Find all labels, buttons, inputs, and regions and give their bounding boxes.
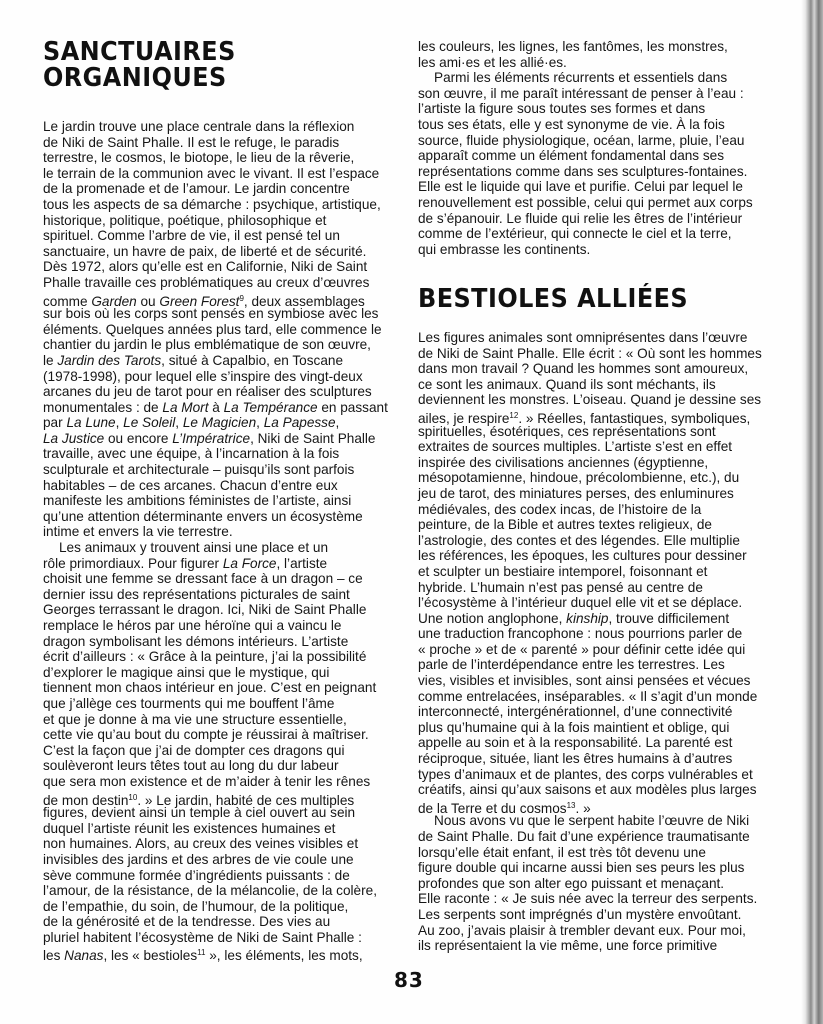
italic-title: La Lune (66, 415, 115, 430)
text-segment: dragon symbolisant les démons intérieurs… (43, 634, 348, 649)
text-line: le terrain de la communion avec le vivan… (43, 166, 388, 182)
text-segment: lorsqu’elle était enfant, il est très tô… (418, 845, 706, 860)
italic-title: Jardin des Tarots (57, 353, 161, 368)
italic-title: kinship (566, 611, 608, 626)
footnote-marker: 10 (128, 793, 137, 802)
italic-title: Le Magicien (183, 415, 256, 430)
text-segment: travaille, avec une équipe, à l’incarnat… (43, 446, 339, 461)
text-segment: parle de l’interdépendance entre les ter… (418, 657, 725, 672)
text-segment: de s’épanouir. Le fluide qui relie les ê… (418, 211, 742, 226)
text-line: une traduction francophone : nous pourri… (418, 626, 762, 642)
text-segment: et que je donne à ma vie une structure e… (43, 712, 347, 727)
text-line: spirituelles, ésotériques, ces représent… (418, 424, 762, 440)
text-line: Nous avons vu que le serpent habite l’œu… (418, 813, 762, 829)
text-line: peinture, de la Bible et autres textes r… (418, 517, 762, 533)
text-line: profondes que son alter ego puissant et … (418, 876, 762, 892)
text-segment: de Saint Phalle. Du fait d’une expérienc… (418, 829, 750, 844)
text-segment: d’explorer le magique ainsi que le mysti… (43, 665, 329, 680)
text-segment: ils représentaient la vie même, une forc… (418, 938, 717, 953)
text-line: terrestre, le cosmos, le biotope, le lie… (43, 150, 388, 166)
text-line: jeu de tarot, des miniatures perses, des… (418, 486, 762, 502)
text-segment: deviennent les monstres. L’oiseau. Quand… (418, 392, 761, 407)
text-line: comme entrelacées, inséparables. « Il s’… (418, 689, 762, 705)
text-line: interconnecté, intergénérationnel, d’une… (418, 704, 762, 720)
text-line: ce sont les animaux. Quand ils sont méch… (418, 377, 762, 393)
text-line: dragon symbolisant les démons intérieurs… (43, 634, 388, 650)
text-segment: figure double qui incarne aussi bien ses… (418, 860, 744, 875)
text-line: représentations comme dans ses sculpture… (418, 164, 753, 180)
book-page: SANCTUAIRES ORGANIQUES Le jardin trouve … (0, 0, 823, 1024)
italic-title: La Force (223, 556, 277, 571)
italic-title: Le Soleil (123, 415, 175, 430)
text-line: Parmi les éléments récurrents et essenti… (418, 70, 753, 86)
text-line: comme Garden ou Green Forest9, deux asse… (43, 291, 388, 307)
text-segment: écrit d’ailleurs : « Grâce à la peinture… (43, 649, 366, 664)
italic-title: La Justice (43, 431, 104, 446)
text-line: sculpturale et architecturale – puisqu’i… (43, 462, 388, 478)
text-segment: Elle raconte : « Je suis née avec la ter… (418, 891, 757, 906)
text-segment: le terrain de la communion avec le vivan… (43, 166, 379, 181)
heading-line: BESTIOLES ALLIÉES (418, 286, 688, 312)
text-segment: comme entrelacées, inséparables. « Il s’… (418, 689, 757, 704)
text-segment: C’est la façon que j’ai de dompter ces d… (43, 743, 345, 758)
text-line: monumentales : de La Mort à La Tempéranc… (43, 400, 388, 416)
text-line: source, fluide physiologique, océan, lar… (418, 133, 753, 149)
text-segment: en passant (318, 400, 388, 415)
text-segment: , Niki de Saint Phalle (250, 431, 375, 446)
text-line: sève commune formée d’ingrédients puissa… (43, 868, 388, 884)
text-segment: terrestre, le cosmos, le biotope, le lie… (43, 150, 354, 165)
body-text-sanctuaires: Le jardin trouve une place centrale dans… (43, 119, 388, 961)
text-line: duquel l’artiste réunit les existences h… (43, 821, 388, 837)
text-line: non humaines. Alors, au creux des veines… (43, 836, 388, 852)
text-segment: tous les aspects de sa démarche : psychi… (43, 197, 381, 212)
text-segment: Georges terrassant le dragon. Ici, Niki … (43, 602, 366, 617)
text-line: chantier du jardin le plus emblématique … (43, 337, 388, 353)
text-line: Le jardin trouve une place centrale dans… (43, 119, 388, 135)
text-segment: , trouve difficilement (608, 611, 729, 626)
text-segment: Elle est le liquide qui lave et purifie.… (418, 179, 743, 194)
text-segment: représentations comme dans ses sculpture… (418, 164, 747, 179)
page-number: 83 (394, 968, 424, 992)
text-segment: intime et envers la vie terrestre. (43, 524, 233, 539)
text-line: par La Lune, Le Soleil, Le Magicien, La … (43, 415, 388, 431)
text-segment: de Niki de Saint Phalle. Elle écrit : « … (418, 346, 762, 361)
text-segment: , situé à Capalbio, en Toscane (161, 353, 343, 368)
text-segment: spirituel. Comme l’arbre de vie, il est … (43, 228, 340, 243)
italic-title: La Tempérance (224, 400, 318, 415)
text-segment: que j’allège ces tourments qui me bouffe… (43, 696, 334, 711)
text-line: Elle est le liquide qui lave et purifie.… (418, 179, 753, 195)
text-segment: de la promenade et de l’amour. Le jardin… (43, 181, 350, 196)
text-segment: cette vie qu’au bout du compte je réussi… (43, 727, 369, 742)
text-segment: invisibles des jardins et des arbres de … (43, 852, 354, 867)
text-segment: éléments. Quelques années plus tard, ell… (43, 322, 382, 337)
text-line: intime et envers la vie terrestre. (43, 524, 388, 540)
text-line: Au zoo, j’avais plaisir à trembler devan… (418, 923, 762, 939)
text-line: créatifs, ainsi qu’aux saisons et aux mo… (418, 782, 762, 798)
text-segment: sève commune formée d’ingrédients puissa… (43, 868, 350, 883)
text-segment: de Niki de Saint Phalle. Il est le refug… (43, 135, 339, 150)
italic-title: L’Impératrice (172, 431, 250, 446)
text-line: Phalle travaille ces problématiques au c… (43, 275, 388, 291)
text-line: l’amour, de la résistance, de la mélanco… (43, 883, 388, 899)
text-segment: réciproque, située, liant les êtres huma… (418, 751, 732, 766)
text-line: « proche » et de « parenté » pour défini… (418, 642, 762, 658)
text-segment: pluriel habitent l’écosystème de Niki de… (43, 930, 362, 945)
text-line: de Niki de Saint Phalle. Elle écrit : « … (418, 346, 762, 362)
italic-title: La Mort (162, 400, 208, 415)
text-line: de la générosité et de la tendresse. Des… (43, 914, 388, 930)
text-segment: appelle au soin et à la responsabilité. … (418, 735, 732, 750)
text-segment: l’amour, de la résistance, de la mélanco… (43, 883, 377, 898)
text-segment: remplace le héros par une héroïne qui a … (43, 618, 342, 633)
text-line: figures, devient ainsi un temple à ciel … (43, 805, 388, 821)
text-segment: les (43, 948, 64, 963)
text-line: plus qu’humaine qui à la fois maintient … (418, 720, 762, 736)
text-line: et sculpter un bestiaire intemporel, foi… (418, 564, 762, 580)
text-line: types d’animaux et de plantes, des corps… (418, 767, 762, 783)
text-line: Georges terrassant le dragon. Ici, Niki … (43, 602, 388, 618)
text-line: et que je donne à ma vie une structure e… (43, 712, 388, 728)
text-segment: jeu de tarot, des miniatures perses, des… (418, 486, 734, 501)
text-line: Les figures animales sont omniprésentes … (418, 330, 762, 346)
text-line: Une notion anglophone, kinship, trouve d… (418, 611, 762, 627)
text-line: vies, visibles et invisibles, sont ainsi… (418, 673, 762, 689)
text-line: de Saint Phalle. Du fait d’une expérienc… (418, 829, 762, 845)
text-line: les références, les époques, les culture… (418, 548, 762, 564)
text-line: l’astrologie, des contes et des légendes… (418, 533, 762, 549)
italic-title: Nanas (64, 948, 103, 963)
text-line: réciproque, située, liant les êtres huma… (418, 751, 762, 767)
text-segment: médiévales, des codex incas, de l’histoi… (418, 502, 701, 517)
text-segment: historique, politique, poétique, philoso… (43, 213, 326, 228)
text-segment: Au zoo, j’avais plaisir à trembler devan… (418, 923, 746, 938)
text-segment: duquel l’artiste réunit les existences h… (43, 821, 335, 836)
text-segment: (1978-1998), pour lequel elle s’inspire … (43, 369, 363, 384)
text-segment: comme de l’extérieur, qui connecte le ci… (418, 226, 732, 241)
text-segment: Parmi les éléments récurrents et essenti… (434, 70, 727, 85)
text-segment: , (175, 415, 183, 430)
text-segment: choisit une femme se dressant face à un … (43, 571, 363, 586)
text-segment: , l’artiste (276, 556, 327, 571)
text-segment: sanctuaire, un havre de paix, de liberté… (43, 244, 366, 259)
text-line: invisibles des jardins et des arbres de … (43, 852, 388, 868)
text-line: ils représentaient la vie même, une forc… (418, 938, 762, 954)
text-line: historique, politique, poétique, philoso… (43, 213, 388, 229)
text-line: d’explorer le magique ainsi que le mysti… (43, 665, 388, 681)
text-line: tous les aspects de sa démarche : psychi… (43, 197, 388, 213)
text-segment: types d’animaux et de plantes, des corps… (418, 767, 753, 782)
text-segment: de la générosité et de la tendresse. Des… (43, 914, 330, 929)
text-line: mésopotamienne, hindoue, précolombienne,… (418, 470, 762, 486)
section-heading-bestioles: BESTIOLES ALLIÉES (418, 286, 688, 312)
text-segment: à (208, 400, 223, 415)
text-line: choisit une femme se dressant face à un … (43, 571, 388, 587)
text-segment: vies, visibles et invisibles, sont ainsi… (418, 673, 750, 688)
text-line: de mon destin10. » Le jardin, habité de … (43, 790, 388, 806)
text-segment: Le jardin trouve une place centrale dans… (43, 119, 354, 134)
text-line: dernier issu des représentations pictura… (43, 587, 388, 603)
text-line: que sera mon existence et de m’aider à t… (43, 774, 388, 790)
text-segment: que sera mon existence et de m’aider à t… (43, 774, 370, 789)
text-line: habitables – de ces arcanes. Chacun d’en… (43, 478, 388, 494)
text-segment: Les animaux y trouvent ainsi une place e… (59, 540, 328, 555)
text-segment: ou encore (104, 431, 172, 446)
text-segment: sur bois où les corps sont pensés en sym… (43, 306, 378, 321)
text-line: de l’empathie, du soin, de l’humour, de … (43, 899, 388, 915)
text-line: tous ses états, elle y est synonyme de v… (418, 117, 753, 133)
text-line: appelle au soin et à la responsabilité. … (418, 735, 762, 751)
text-line: Les animaux y trouvent ainsi une place e… (43, 540, 388, 556)
text-line: deviennent les monstres. L’oiseau. Quand… (418, 392, 762, 408)
text-line: rôle primordiaux. Pour figurer La Force,… (43, 556, 388, 572)
text-segment: qu’une attention déterminante envers un … (43, 509, 363, 524)
text-segment: figures, devient ainsi un temple à ciel … (43, 805, 355, 820)
text-segment: rôle primordiaux. Pour figurer (43, 556, 223, 571)
text-segment: Nous avons vu que le serpent habite l’œu… (434, 813, 749, 828)
text-line: La Justice ou encore L’Impératrice, Niki… (43, 431, 388, 447)
text-line: remplace le héros par une héroïne qui a … (43, 618, 388, 634)
text-line: C’est la façon que j’ai de dompter ces d… (43, 743, 388, 759)
text-segment: soulèveront leurs têtes tout au long du … (43, 758, 338, 773)
text-line: figure double qui incarne aussi bien ses… (418, 860, 762, 876)
text-line: l’écosystème à l’intérieur duquel elle v… (418, 595, 762, 611)
footnote-marker: 13 (567, 801, 576, 810)
text-line: (1978-1998), pour lequel elle s’inspire … (43, 369, 388, 385)
text-line: qui embrasse les continents. (418, 242, 753, 258)
text-segment: l’astrologie, des contes et des légendes… (418, 533, 740, 548)
italic-title: La Papesse (264, 415, 336, 430)
text-segment: tiennent mon chaos intérieur en joue. C’… (43, 680, 376, 695)
text-segment: Dès 1972, alors qu’elle est en Californi… (43, 259, 367, 274)
text-line: spirituel. Comme l’arbre de vie, il est … (43, 228, 388, 244)
text-segment: , les « bestioles (103, 948, 197, 963)
text-line: ailes, je respire12. » Réelles, fantasti… (418, 408, 762, 424)
text-segment: extraites de sources multiples. L’artist… (418, 439, 732, 454)
text-segment: les références, les époques, les culture… (418, 548, 747, 563)
text-segment: interconnecté, intergénérationnel, d’une… (418, 704, 732, 719)
text-line: médiévales, des codex incas, de l’histoi… (418, 502, 762, 518)
text-line: lorsqu’elle était enfant, il est très tô… (418, 845, 762, 861)
text-segment: monumentales : de (43, 400, 162, 415)
text-line: Dès 1972, alors qu’elle est en Californi… (43, 259, 388, 275)
text-segment: l’artiste la figure sous toutes ses form… (418, 101, 705, 116)
text-segment: Phalle travaille ces problématiques au c… (43, 275, 369, 290)
text-line: de s’épanouir. Le fluide qui relie les ê… (418, 211, 753, 227)
body-text-continuation: les couleurs, les lignes, les fantômes, … (418, 39, 753, 257)
text-line: les Nanas, les « bestioles11 », les élém… (43, 945, 388, 961)
text-line: les couleurs, les lignes, les fantômes, … (418, 39, 753, 55)
body-text-bestioles: Les figures animales sont omniprésentes … (418, 330, 762, 954)
text-segment: Une notion anglophone, (418, 611, 566, 626)
book-binding-edge (801, 0, 823, 1024)
text-segment: , (256, 415, 264, 430)
text-line: travaille, avec une équipe, à l’incarnat… (43, 446, 388, 462)
text-segment: et sculpter un bestiaire intemporel, foi… (418, 564, 707, 579)
text-line: Elle raconte : « Je suis née avec la ter… (418, 891, 762, 907)
text-segment: hybride. L’humain n’est pas pensé au cen… (418, 580, 703, 595)
text-segment: plus qu’humaine qui à la fois maintient … (418, 720, 729, 735)
text-line: les ami·es et les allié·es. (418, 55, 753, 71)
text-line: qu’une attention déterminante envers un … (43, 509, 388, 525)
heading-line: SANCTUAIRES (43, 39, 236, 65)
text-line: que j’allège ces tourments qui me bouffe… (43, 696, 388, 712)
text-segment: le (43, 353, 57, 368)
text-segment: renouvellement est possible, celui qui p… (418, 195, 753, 210)
text-line: extraites de sources multiples. L’artist… (418, 439, 762, 455)
text-line: sanctuaire, un havre de paix, de liberté… (43, 244, 388, 260)
text-line: son œuvre, il me paraît intéressant de p… (418, 86, 753, 102)
text-segment: , (116, 415, 124, 430)
heading-line: ORGANIQUES (43, 65, 236, 91)
text-segment: non humaines. Alors, au creux des veines… (43, 836, 358, 851)
text-segment: sculpturale et architecturale – puisqu’i… (43, 462, 354, 477)
text-line: soulèveront leurs têtes tout au long du … (43, 758, 388, 774)
footnote-marker: 12 (509, 411, 518, 420)
text-line: apparaît comme un élément fondamental da… (418, 148, 753, 164)
text-segment: manifeste les ambitions féministes de l’… (43, 493, 351, 508)
text-line: inspirée des civilisations anciennes (ég… (418, 455, 762, 471)
text-line: pluriel habitent l’écosystème de Niki de… (43, 930, 388, 946)
text-segment: inspirée des civilisations anciennes (ég… (418, 455, 708, 470)
text-segment: Les serpents sont imprégnés d’un mystère… (418, 907, 741, 922)
text-segment: habitables – de ces arcanes. Chacun d’en… (43, 478, 338, 493)
text-segment: peinture, de la Bible et autres textes r… (418, 517, 712, 532)
section-heading-sanctuaires: SANCTUAIRES ORGANIQUES (43, 39, 236, 91)
text-line: de la Terre et du cosmos13. » (418, 798, 762, 814)
text-line: dans mon travail ? Quand les hommes sont… (418, 361, 762, 377)
text-segment: son œuvre, il me paraît intéressant de p… (418, 86, 744, 101)
text-line: arcanes du jeu de tarot pour en réaliser… (43, 384, 388, 400)
text-line: parle de l’interdépendance entre les ter… (418, 657, 762, 673)
text-segment: chantier du jardin le plus emblématique … (43, 337, 371, 352)
text-segment: ce sont les animaux. Quand ils sont méch… (418, 377, 716, 392)
text-line: renouvellement est possible, celui qui p… (418, 195, 753, 211)
text-segment: qui embrasse les continents. (418, 242, 590, 257)
text-segment: profondes que son alter ego puissant et … (418, 876, 724, 891)
text-line: cette vie qu’au bout du compte je réussi… (43, 727, 388, 743)
text-segment: une traduction francophone : nous pourri… (418, 626, 742, 641)
text-segment: l’écosystème à l’intérieur duquel elle v… (418, 595, 742, 610)
text-line: manifeste les ambitions féministes de l’… (43, 493, 388, 509)
text-line: sur bois où les corps sont pensés en sym… (43, 306, 388, 322)
text-segment: source, fluide physiologique, océan, lar… (418, 133, 744, 148)
text-segment: de l’empathie, du soin, de l’humour, de … (43, 899, 348, 914)
text-segment: mésopotamienne, hindoue, précolombienne,… (418, 470, 739, 485)
text-segment: les ami·es et les allié·es. (418, 55, 567, 70)
text-line: éléments. Quelques années plus tard, ell… (43, 322, 388, 338)
text-line: comme de l’extérieur, qui connecte le ci… (418, 226, 753, 242)
text-segment: spirituelles, ésotériques, ces représent… (418, 424, 716, 439)
text-segment: « proche » et de « parenté » pour défini… (418, 642, 745, 657)
text-segment: les couleurs, les lignes, les fantômes, … (418, 39, 728, 54)
text-segment: tous ses états, elle y est synonyme de v… (418, 117, 725, 132)
text-line: de la promenade et de l’amour. Le jardin… (43, 181, 388, 197)
text-segment: dernier issu des représentations pictura… (43, 587, 350, 602)
text-line: écrit d’ailleurs : « Grâce à la peinture… (43, 649, 388, 665)
text-segment: par (43, 415, 66, 430)
text-segment: dans mon travail ? Quand les hommes sont… (418, 361, 748, 376)
text-line: l’artiste la figure sous toutes ses form… (418, 101, 753, 117)
text-segment: Les figures animales sont omniprésentes … (418, 330, 747, 345)
text-line: tiennent mon chaos intérieur en joue. C’… (43, 680, 388, 696)
text-segment: », les éléments, les mots, (205, 948, 362, 963)
text-segment: apparaît comme un élément fondamental da… (418, 148, 724, 163)
text-segment: créatifs, ainsi qu’aux saisons et aux mo… (418, 782, 757, 797)
text-line: Les serpents sont imprégnés d’un mystère… (418, 907, 762, 923)
text-segment: arcanes du jeu de tarot pour en réaliser… (43, 384, 372, 399)
text-segment: , (336, 415, 340, 430)
text-line: le Jardin des Tarots, situé à Capalbio, … (43, 353, 388, 369)
text-line: hybride. L’humain n’est pas pensé au cen… (418, 580, 762, 596)
text-line: de Niki de Saint Phalle. Il est le refug… (43, 135, 388, 151)
